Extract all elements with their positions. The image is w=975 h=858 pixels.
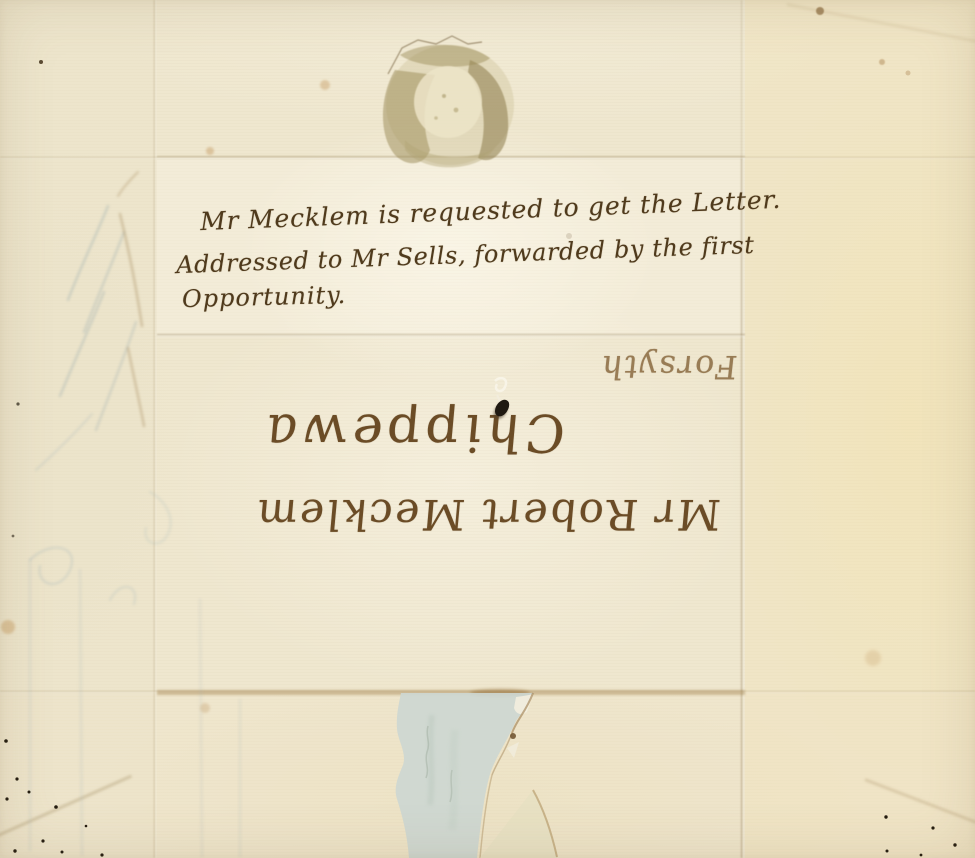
address-name-line-inverted: Mr Robert Mecklem	[253, 490, 722, 539]
docket-word-inverted: Forsyth	[598, 348, 738, 386]
letter-scan: Mr Mecklem is requested to get the Lette…	[0, 0, 975, 858]
note-line-3: Opportunity.	[182, 281, 347, 313]
address-place-line-inverted: Chippewa	[259, 402, 568, 462]
